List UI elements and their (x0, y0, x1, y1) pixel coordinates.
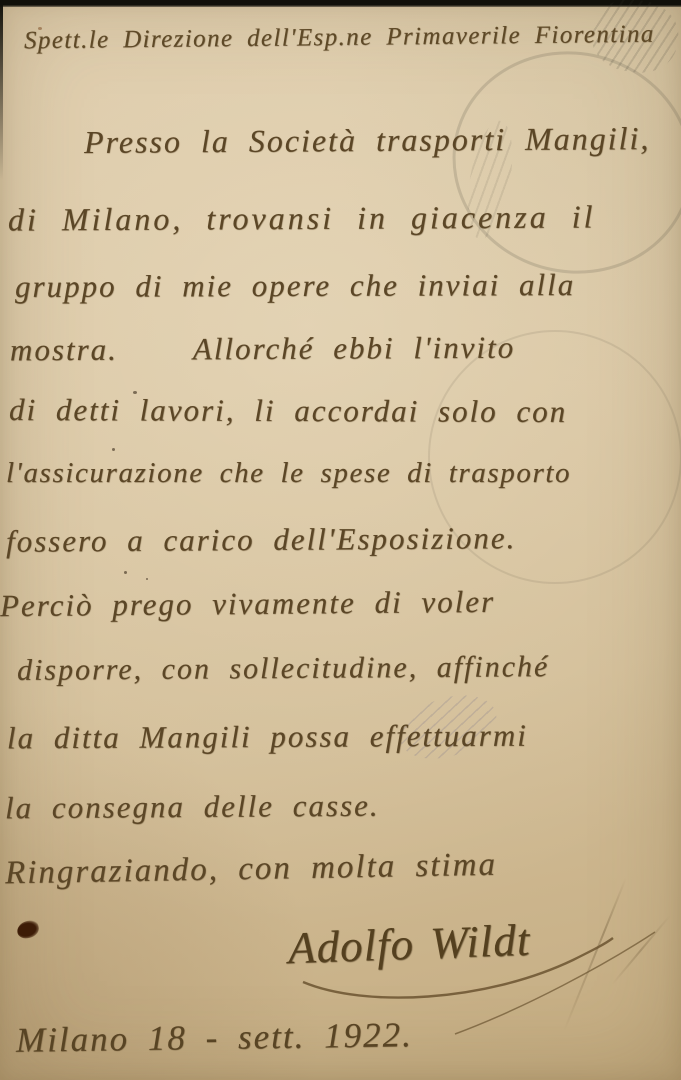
ink-speckle (124, 571, 127, 574)
ink-speckle (146, 578, 148, 580)
paper-stain-spot (15, 919, 40, 941)
letter-closing-line: Ringraziando, con molta stima (5, 847, 498, 893)
letter-line: di detti lavori, li accordai solo con (9, 392, 567, 430)
letter-line: mostra. Allorché ebbi l'invito (10, 330, 515, 369)
letter-line: Perciò prego vivamente di voler (0, 584, 495, 624)
letter-line: disporre, con sollecitudine, affinché (17, 650, 550, 688)
postcard-scan: Spett.le Direzione dell'Esp.ne Primaveri… (0, 0, 681, 1080)
letter-line: l'assicurazione che le spese di trasport… (6, 457, 571, 490)
letter-line: di Milano, trovansi in giacenza il (8, 198, 596, 238)
dateline: Milano 18 - sett. 1922. (16, 1015, 413, 1061)
letter-line: la ditta Mangili possa effettuarmi (7, 718, 528, 757)
letter-line: gruppo di mie opere che inviai alla (15, 267, 575, 305)
ink-speckle (112, 448, 115, 451)
scan-edge-top (0, 0, 681, 7)
letter-line: fossero a carico dell'Esposizione. (6, 520, 517, 560)
letter-line: Presso la Società trasporti Mangili, (84, 120, 651, 161)
letter-header: Spett.le Direzione dell'Esp.ne Primaveri… (24, 21, 655, 56)
letter-line: la consegna delle casse. (5, 788, 380, 827)
scan-edge-left (0, 0, 3, 180)
